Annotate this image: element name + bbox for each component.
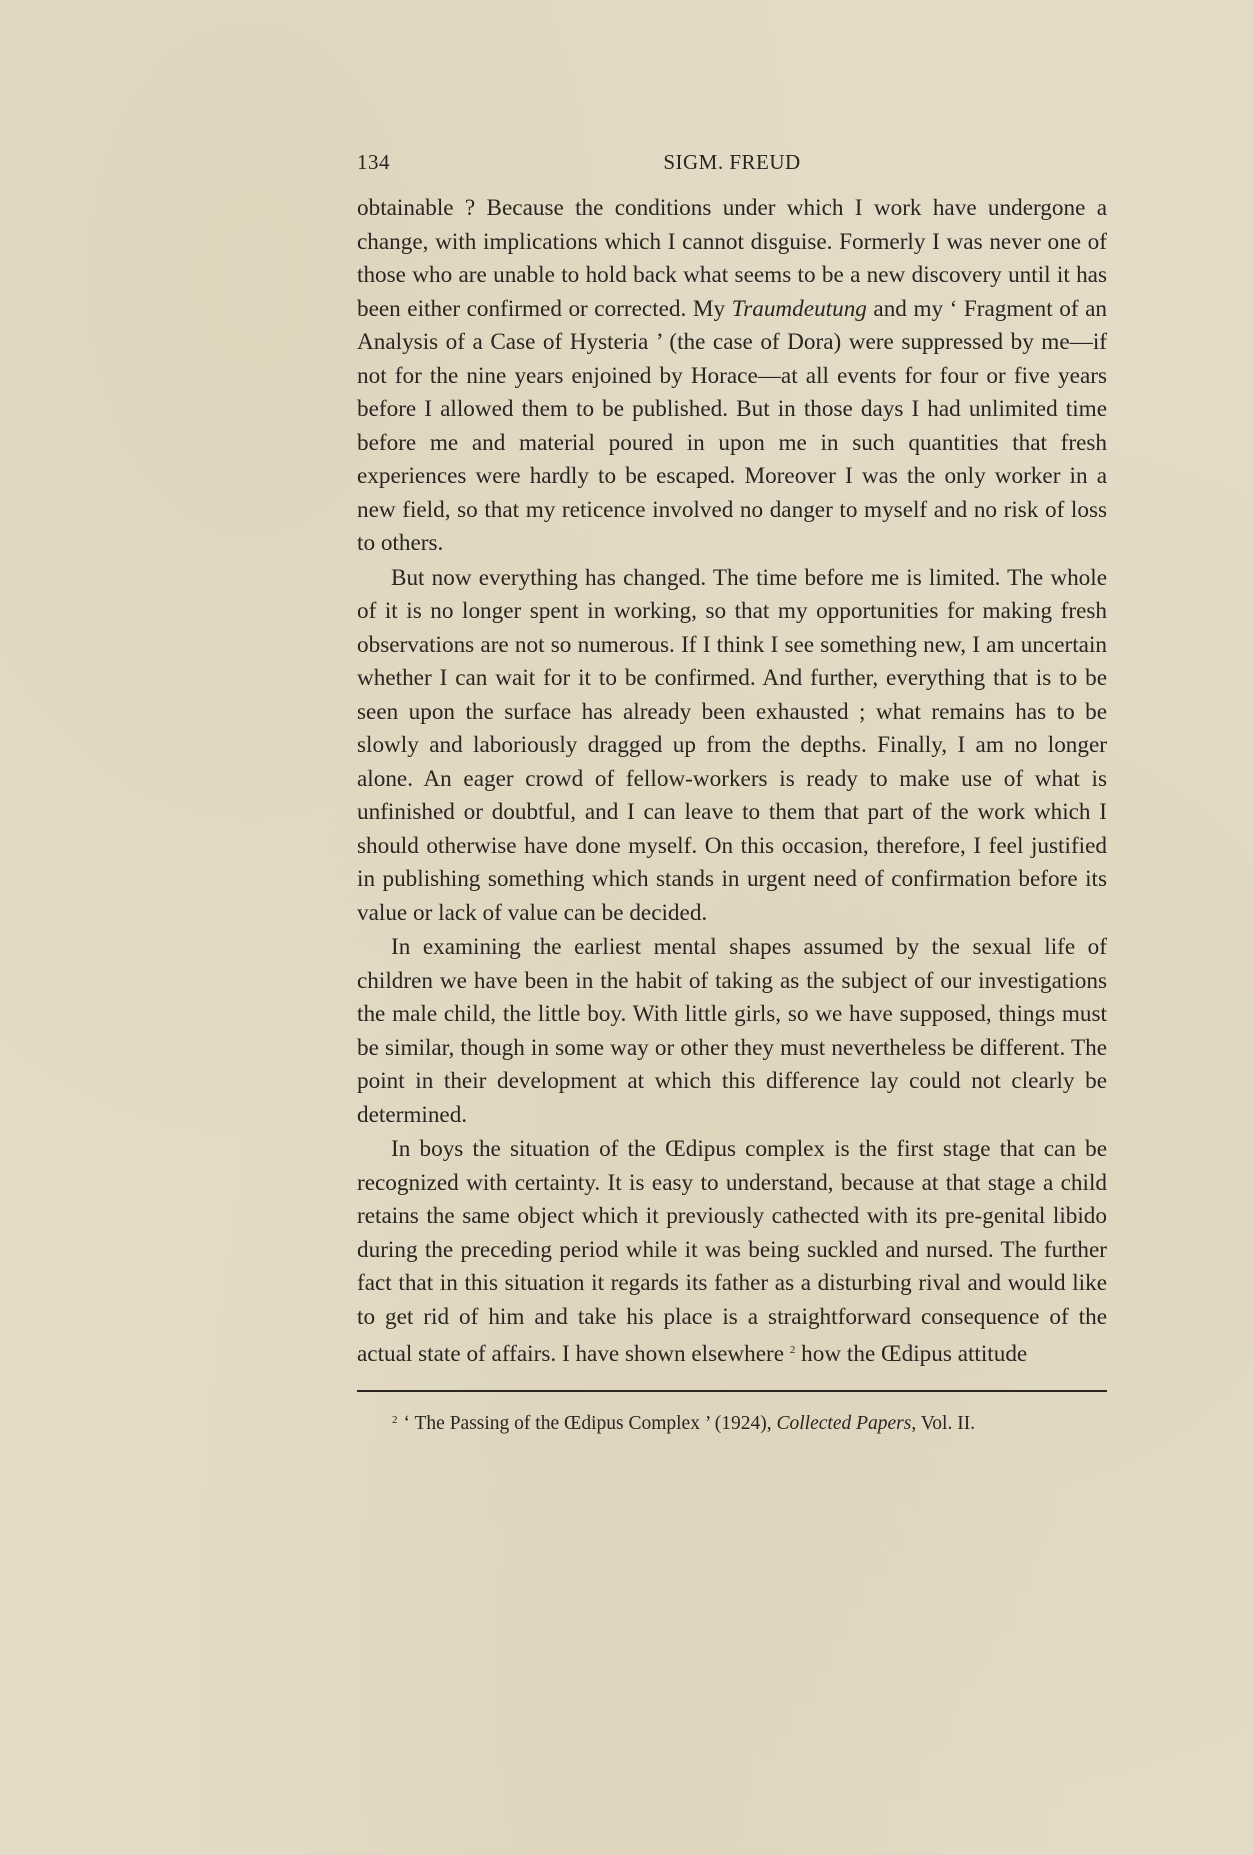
running-title: SIGM. FREUD [357, 150, 1107, 175]
footnote-divider [357, 1390, 1107, 1392]
footnote-italic-title: Collected Papers [777, 1413, 912, 1434]
book-page: 134 SIGM. FREUD obtainable ? Because the… [357, 150, 1107, 1437]
italic-title: Traumdeutung [732, 296, 867, 322]
text-run: In boys the situation of the Œdipus comp… [357, 1136, 1107, 1367]
footnote-text: ‘ The Passing of the Œdipus Complex ’ (1… [404, 1413, 777, 1434]
paragraph: obtainable ? Because the conditions unde… [357, 192, 1107, 561]
footnote-marker: 2 [392, 1414, 398, 1426]
paragraph: In boys the situation of the Œdipus comp… [357, 1133, 1107, 1372]
running-head: 134 SIGM. FREUD [357, 150, 1107, 180]
paragraph: In examining the earliest mental shapes … [357, 931, 1107, 1132]
footnote: 2‘ The Passing of the Œdipus Complex ’ (… [357, 1407, 1107, 1437]
text-run: In examining the earliest mental shapes … [357, 934, 1107, 1128]
body-text: obtainable ? Because the conditions unde… [357, 192, 1107, 1372]
paragraph: But now everything has changed. The time… [357, 562, 1107, 931]
text-run: But now everything has changed. The time… [357, 565, 1107, 926]
text-run: and my ‘ Fragment of an Analysis of a Ca… [357, 296, 1107, 557]
text-run: how the Œdipus attitude [795, 1341, 1027, 1367]
footnote-text-end: , Vol. II. [911, 1413, 975, 1434]
